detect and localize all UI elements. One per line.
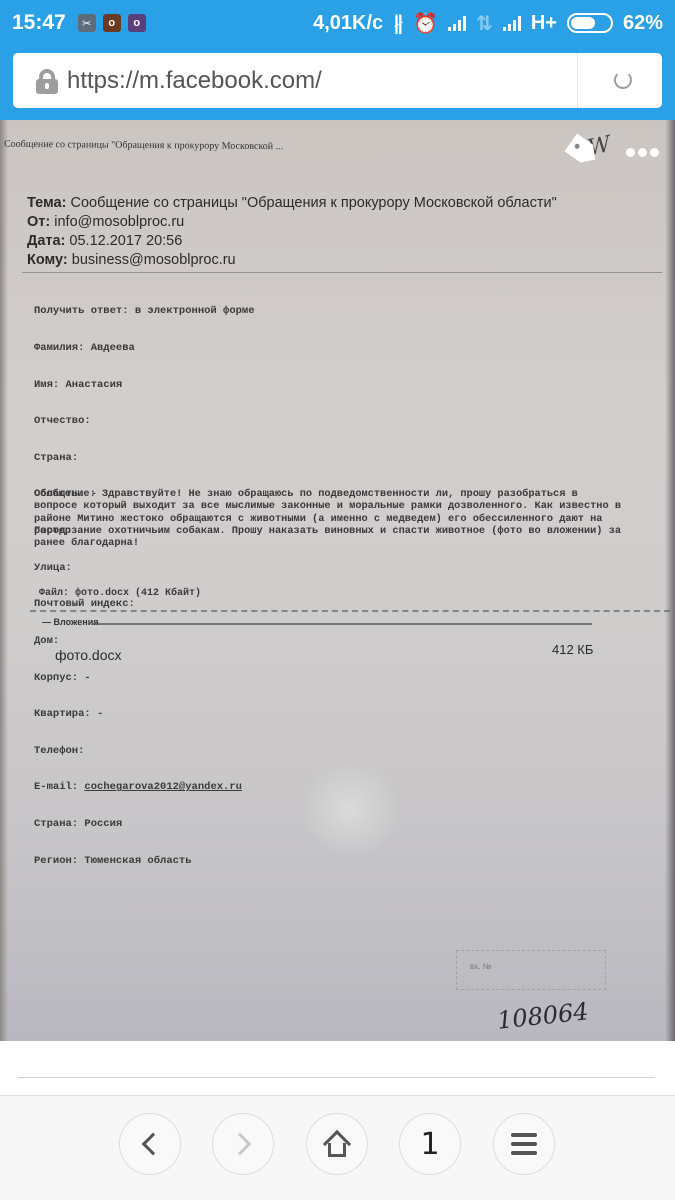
date: 05.12.2017 20:56 xyxy=(69,233,182,249)
divider xyxy=(92,623,592,625)
chevron-left-icon xyxy=(142,1133,165,1156)
divider xyxy=(577,53,578,108)
data-arrows-icon: ⇅ xyxy=(476,11,493,36)
home-button[interactable] xyxy=(306,1113,368,1175)
address-bar[interactable]: https://m.facebook.com/ xyxy=(13,53,662,108)
attachment-name: фото.docx xyxy=(55,647,122,663)
divider xyxy=(22,272,662,273)
signal-icon xyxy=(448,15,466,31)
lock-icon xyxy=(35,69,59,93)
network-speed: 4,01K/c xyxy=(313,12,383,35)
reload-icon[interactable] xyxy=(614,71,632,89)
bluetooth-icon: ∦ xyxy=(393,11,403,36)
stamp-text: вх. № xyxy=(470,962,491,971)
clock: 15:47 xyxy=(12,11,66,35)
file-line: Файл: фото.docx (412 Кбайт) xyxy=(39,588,201,599)
browser-nav-bar: 1 xyxy=(0,1095,675,1200)
menu-button[interactable] xyxy=(493,1113,555,1175)
hamburger-icon xyxy=(511,1133,537,1155)
paper-crease xyxy=(300,760,400,860)
divider xyxy=(18,1077,655,1078)
forward-button[interactable] xyxy=(212,1113,274,1175)
tab-count: 1 xyxy=(420,1127,439,1162)
network-type: H+ xyxy=(531,12,557,35)
document-photo[interactable]: Сообщение со страницы "Обращения к проку… xyxy=(0,120,675,1041)
email-link: cochegarova2012@yandex.ru xyxy=(84,781,242,793)
alarm-icon: ⏰ xyxy=(413,11,438,36)
divider xyxy=(30,610,670,612)
message-body: Сообщение: Здравствуйте! Не знаю обращаю… xyxy=(34,488,624,549)
home-icon xyxy=(324,1131,350,1157)
subject: Сообщение со страницы "Обращения к проку… xyxy=(70,195,556,211)
app-notification-icon: o xyxy=(103,14,121,32)
post-footer xyxy=(0,1041,675,1096)
tabs-button[interactable]: 1 xyxy=(399,1113,461,1175)
browser-toolbar: https://m.facebook.com/ xyxy=(0,46,675,120)
back-button[interactable] xyxy=(119,1113,181,1175)
form-fields: Получить ответ: в электронной форме Фами… xyxy=(34,281,255,891)
battery-icon xyxy=(567,13,613,33)
chevron-right-icon xyxy=(229,1133,252,1156)
to: business@mosoblproc.ru xyxy=(72,252,236,268)
from: info@mosoblproc.ru xyxy=(54,214,184,230)
battery-percent: 62% xyxy=(623,12,663,35)
screenshot-icon: ✂ xyxy=(78,14,96,32)
more-options-icon[interactable] xyxy=(626,148,659,157)
email-meta: Тема: Сообщение со страницы "Обращения к… xyxy=(27,194,557,270)
app-notification-icon: o xyxy=(128,14,146,32)
url-text[interactable]: https://m.facebook.com/ xyxy=(67,67,322,95)
status-bar: 15:47 ✂ o o 4,01K/c ∦ ⏰ ⇅ H+ 62% xyxy=(0,0,675,46)
attachments-header: — Вложения xyxy=(42,617,98,627)
signal-icon-2 xyxy=(503,15,521,31)
attachment-size: 412 КБ xyxy=(552,642,593,657)
doc-header-small: Сообщение со страницы "Обращения к проку… xyxy=(4,139,283,152)
registration-number: 108064 xyxy=(496,997,590,1034)
